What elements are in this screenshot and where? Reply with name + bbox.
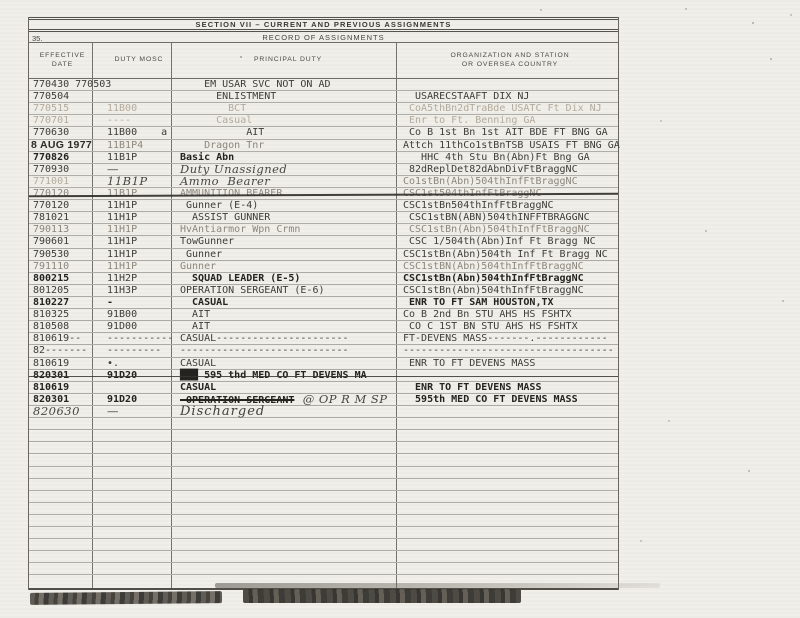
- table-row: 81050891D00 AIT CO C 1ST BN STU AHS HS F…: [29, 321, 618, 333]
- cell-organization: [397, 454, 617, 465]
- table-row: 810619•.CASUAL ENR TO FT DEVENS MASS: [29, 358, 618, 370]
- cell-duty-mosc: [93, 479, 172, 490]
- cell-principal-duty: [172, 563, 397, 574]
- cell-duty-mosc: 11H1P: [93, 261, 172, 272]
- cell-principal-duty: Gunner: [172, 261, 397, 272]
- cell-organization-text: ENR TO FT DEVENS MASS: [403, 358, 535, 369]
- cell-effective-date: 771001: [29, 176, 93, 187]
- cell-principal-duty: EM USAR SVC NOT ON AD: [172, 79, 397, 90]
- record-of-assignments-table: SECTION VII – CURRENT AND PREVIOUS ASSIG…: [28, 17, 619, 590]
- cell-organization: [397, 370, 617, 381]
- cell-duty-mosc-text: 11H1P: [107, 261, 137, 272]
- cell-duty-mosc: 11H3P: [93, 285, 172, 296]
- cell-effective-date-text: 810508: [33, 321, 69, 332]
- cell-organization: [397, 491, 617, 502]
- cell-duty-mosc: [93, 503, 172, 514]
- cell-effective-date: 820630: [29, 406, 93, 417]
- cell-organization-text: CSC1stBn504thInfFtBraggNC: [403, 200, 554, 211]
- table-row: [29, 442, 618, 454]
- cell-effective-date-text: 770701: [33, 115, 69, 126]
- cell-duty-mosc: 91D00: [93, 321, 172, 332]
- cell-principal-duty: ASSIST GUNNER: [172, 212, 397, 223]
- cell-principal-duty-text: Gunner: [180, 249, 222, 260]
- cell-organization: [397, 430, 617, 441]
- cell-duty-mosc: 11B00: [93, 103, 172, 114]
- cell-duty-mosc: ---------: [93, 345, 172, 356]
- cell-organization-text: Co B 2nd Bn STU AHS HS FSHTX: [403, 309, 572, 320]
- cell-effective-date-text: 770504: [33, 91, 69, 102]
- form-title-bar: 35. RECORD OF ASSIGNMENTS: [29, 29, 618, 42]
- cell-organization-text: HHC 4th Stu Bn(Abn)Ft Bng GA: [403, 152, 590, 163]
- table-row: 810619-------------CASUAL---------------…: [29, 333, 618, 345]
- cell-effective-date-text: 791110: [33, 261, 69, 272]
- cell-effective-date: 791110: [29, 261, 93, 272]
- cell-duty-mosc-text: ---------: [107, 345, 161, 356]
- cell-principal-duty-text: Discharged: [180, 404, 265, 419]
- cell-effective-date: [29, 527, 93, 538]
- cell-organization: [397, 406, 617, 417]
- cell-organization: CSC 1/504th(Abn)Inf Ft Bragg NC: [397, 236, 617, 247]
- cell-organization: CSC1stBN(ABN)504thINFFTBRAGGNC: [397, 212, 617, 223]
- cell-organization: [397, 467, 617, 478]
- cell-effective-date: 770701: [29, 115, 93, 126]
- cell-organization-text: -----------------------------------: [403, 345, 614, 356]
- cell-organization-text: CoA5thBn2dTraBde USATC Ft Dix NJ: [403, 103, 602, 114]
- cell-effective-date-text: 770515: [33, 103, 69, 114]
- cell-duty-mosc: 91B00: [93, 309, 172, 320]
- cell-organization: CSC1stBn504thInfFtBraggNC: [397, 200, 617, 211]
- cell-effective-date-text: 810227: [33, 297, 69, 308]
- cell-principal-duty-text: OPERATION SERGEANT (E-6): [180, 285, 325, 296]
- cell-principal-duty: [172, 479, 397, 490]
- cell-effective-date: 770430 770503: [29, 79, 93, 90]
- cell-principal-duty: TowGunner: [172, 236, 397, 247]
- table-row: [29, 491, 618, 503]
- cell-effective-date: [29, 454, 93, 465]
- cell-organization-text: ENR TO FT SAM HOUSTON,TX: [403, 297, 554, 308]
- cell-principal-duty: Casual: [172, 115, 397, 126]
- cell-duty-mosc: 11H1P: [93, 212, 172, 223]
- cell-organization: Co B 2nd Bn STU AHS HS FSHTX: [397, 309, 617, 320]
- cell-organization: CSC1st504thInfFtBraggNC: [397, 188, 617, 199]
- cell-organization: CSC1stBn(Abn)504thInfFtBraggNC: [397, 273, 617, 284]
- scan-speckles: [0, 0, 2, 2]
- table-row: 810227- CASUAL ENR TO FT SAM HOUSTON,TX: [29, 297, 618, 309]
- cell-duty-mosc: 11B1P: [93, 188, 172, 199]
- cell-principal-duty-text: ███ 595 thd MED CO FT DEVENS MA: [180, 370, 367, 381]
- cell-organization: Co1stBn(Abn)504thInfFtBraggNC: [397, 176, 617, 187]
- table-row: [29, 430, 618, 442]
- cell-organization: CO C 1ST BN STU AHS HS FSHTX: [397, 321, 617, 332]
- cell-principal-duty-text: EM USAR SVC NOT ON AD: [180, 79, 331, 90]
- cell-principal-duty-text: AIT: [180, 321, 210, 332]
- column-header-label: ORGANIZATION AND STATION: [403, 52, 617, 61]
- cell-effective-date-text: 770120: [33, 188, 69, 199]
- cell-principal-duty: [172, 418, 397, 429]
- cell-effective-date-text: 770826: [33, 152, 69, 163]
- cell-principal-duty-text: ENLISTMENT: [180, 91, 276, 102]
- cell-duty-mosc: [93, 430, 172, 441]
- cell-effective-date-text: 770630: [33, 127, 69, 138]
- cell-duty-mosc: [93, 91, 172, 102]
- cell-principal-duty-text: ----------------------------: [180, 345, 349, 356]
- cell-duty-mosc-text: 91B00: [107, 309, 137, 320]
- cell-organization: [397, 515, 617, 526]
- table-row: 820630—Discharged: [29, 406, 618, 418]
- cell-organization: FT-DEVENS MASS-------.------------: [397, 333, 617, 344]
- column-header-label: DATE: [33, 61, 92, 70]
- cell-duty-mosc-text: —: [107, 404, 119, 418]
- cell-principal-duty-text: CASUAL: [180, 297, 228, 308]
- table-row: [29, 479, 618, 491]
- cell-principal-duty: AIT: [172, 321, 397, 332]
- cell-principal-duty: [172, 442, 397, 453]
- cell-principal-duty-text: CASUAL: [180, 382, 216, 393]
- cell-duty-mosc-text: -: [107, 297, 113, 308]
- cell-duty-mosc: [93, 454, 172, 465]
- cell-principal-duty: ----------------------------: [172, 345, 397, 356]
- table-row: 82030191D20███ 595 thd MED CO FT DEVENS …: [29, 370, 618, 382]
- cell-effective-date: 810619: [29, 382, 93, 393]
- cell-duty-mosc-text: -----------: [107, 333, 173, 344]
- scan-smudge: [215, 583, 660, 588]
- cell-effective-date: 770515: [29, 103, 93, 114]
- cell-organization: [397, 79, 617, 90]
- table-row: 79111011H1PGunnerCSC1stBN(Abn)504thInfFt…: [29, 261, 618, 273]
- cell-effective-date-text: 820630: [33, 404, 80, 418]
- cell-organization: ENR TO FT DEVENS MASS: [397, 358, 617, 369]
- cell-organization-text: CSC1stBn(Abn)504thInfFtBraggNC: [403, 285, 584, 296]
- cell-organization-text: USARECSTAAFT DIX NJ: [403, 91, 529, 102]
- cell-principal-duty: AIT: [172, 127, 397, 138]
- table-row: [29, 527, 618, 539]
- cell-principal-duty: HvAntiarmor Wpn Crmn: [172, 224, 397, 235]
- cell-principal-duty-text: HvAntiarmor Wpn Crmn: [180, 224, 300, 235]
- cell-duty-mosc: ----: [93, 115, 172, 126]
- cell-principal-duty-text: AIT: [180, 309, 210, 320]
- table-header-row: EFFECTIVE DATE DUTY MOSC PRINCIPAL DUTY …: [29, 42, 618, 79]
- table-row: 770430 770503 EM USAR SVC NOT ON AD: [29, 79, 618, 91]
- table-row: [29, 503, 618, 515]
- cell-effective-date: 810508: [29, 321, 93, 332]
- cell-effective-date: 790530: [29, 249, 93, 260]
- column-header-label: DUTY MOSC: [107, 56, 171, 65]
- cell-effective-date-text: 810619--: [33, 333, 81, 344]
- cell-organization: [397, 503, 617, 514]
- cell-duty-mosc: [93, 527, 172, 538]
- form-title: RECORD OF ASSIGNMENTS: [262, 33, 384, 42]
- cell-effective-date-text: 800215: [33, 273, 69, 284]
- cell-organization: 595th MED CO FT DEVENS MASS: [397, 394, 617, 405]
- cell-duty-mosc: 91D20: [93, 394, 172, 405]
- column-header-label: PRINCIPAL DUTY: [180, 56, 396, 65]
- cell-organization: Enr to Ft. Benning GA: [397, 115, 617, 126]
- table-row: 770701---- Casual Enr to Ft. Benning GA: [29, 115, 618, 127]
- cell-duty-mosc: [93, 467, 172, 478]
- cell-organization: CSC1stBn(Abn)504thInfFtBraggNC: [397, 285, 617, 296]
- table-row: 80120511H3POPERATION SERGEANT (E-6)CSC1s…: [29, 285, 618, 297]
- table-row: 8 AUG 197711B1P4 Dragon TnrAttch 11thCo1…: [29, 140, 618, 152]
- cell-organization: Attch 11thCo1stBnTSB USAIS FT BNG GA: [397, 140, 617, 151]
- cell-organization: USARECSTAAFT DIX NJ: [397, 91, 617, 102]
- cell-effective-date-text: 790601: [33, 236, 69, 247]
- cell-effective-date: 810619: [29, 358, 93, 369]
- cell-effective-date: 770120: [29, 200, 93, 211]
- cell-effective-date-text: 8 AUG 1977: [31, 139, 92, 151]
- cell-effective-date: 770930: [29, 164, 93, 175]
- cell-organization: [397, 442, 617, 453]
- redaction-bar: [30, 591, 222, 605]
- table-row: [29, 454, 618, 466]
- column-header-principal-duty: PRINCIPAL DUTY: [172, 43, 397, 78]
- cell-principal-duty-text: SQUAD LEADER (E-5): [180, 273, 300, 284]
- cell-organization-text: CO C 1ST BN STU AHS HS FSHTX: [403, 321, 578, 332]
- cell-duty-mosc: [93, 491, 172, 502]
- cell-duty-mosc: 11H1P: [93, 200, 172, 211]
- cell-duty-mosc: [93, 575, 172, 587]
- cell-organization-text: FT-DEVENS MASS-------.------------: [403, 333, 608, 344]
- cell-effective-date: [29, 503, 93, 514]
- cell-principal-duty-text: BCT: [180, 103, 246, 114]
- cell-duty-mosc: [93, 551, 172, 562]
- table-row: 79060111H1PTowGunner CSC 1/504th(Abn)Inf…: [29, 236, 618, 248]
- cell-duty-mosc-text: •.: [107, 358, 119, 369]
- cell-duty-mosc: [93, 539, 172, 550]
- cell-organization: [397, 479, 617, 490]
- cell-principal-duty: Gunner: [172, 249, 397, 260]
- cell-organization: Co B 1st Bn 1st AIT BDE FT BNG GA: [397, 127, 617, 138]
- table-row: [29, 551, 618, 563]
- cell-organization-text: CSC 1/504th(Abn)Inf Ft Bragg NC: [403, 236, 596, 247]
- cell-effective-date: 790601: [29, 236, 93, 247]
- table-row: [29, 467, 618, 479]
- cell-organization-text: Attch 11thCo1stBnTSB USAIS FT BNG GA: [403, 140, 620, 151]
- cell-effective-date-text: 781021: [33, 212, 69, 223]
- cell-duty-mosc: [93, 79, 172, 90]
- cell-duty-mosc: -: [93, 297, 172, 308]
- cell-principal-duty-text: TowGunner: [180, 236, 234, 247]
- cell-effective-date-text: 810619: [33, 382, 69, 393]
- cell-effective-date: 82-------: [29, 345, 93, 356]
- table-row: 77012011B1PAMMUNITION BEARERCSC1st504thI…: [29, 188, 618, 200]
- cell-effective-date: [29, 515, 93, 526]
- cell-duty-mosc-text: 91D00: [107, 321, 137, 332]
- cell-duty-mosc-text: 11H1P: [107, 200, 137, 211]
- cell-principal-duty-text: AIT: [180, 127, 264, 138]
- cell-principal-duty: Ammo Bearer: [172, 176, 397, 187]
- cell-organization-text: ENR TO FT DEVENS MASS: [403, 382, 541, 393]
- cell-organization: [397, 418, 617, 429]
- cell-effective-date-text: 770930: [33, 164, 69, 175]
- cell-effective-date: [29, 442, 93, 453]
- cell-duty-mosc: 11B1P: [93, 152, 172, 163]
- cell-effective-date: 810325: [29, 309, 93, 320]
- cell-organization-text: 82dReplDet82dAbnDivFtBraggNC: [403, 164, 578, 175]
- cell-duty-mosc-text: 11B00: [107, 103, 137, 114]
- cell-principal-duty: [172, 539, 397, 550]
- cell-duty-mosc: 11B1P4: [93, 140, 172, 151]
- cell-principal-duty: CASUAL: [172, 358, 397, 369]
- cell-organization-text: Co1stBn(Abn)504thInfFtBraggNC: [403, 176, 578, 187]
- cell-organization: CSC1stBn(Abn)504thInfFtBraggNC: [397, 224, 617, 235]
- cell-effective-date: 770504: [29, 91, 93, 102]
- cell-principal-duty-annotation: @ OP R M SP: [294, 392, 387, 406]
- cell-effective-date: 800215: [29, 273, 93, 284]
- column-header-organization: ORGANIZATION AND STATION OR OVERSEA COUN…: [397, 43, 617, 78]
- cell-duty-mosc: •.: [93, 358, 172, 369]
- table-row: [29, 539, 618, 551]
- cell-principal-duty: [172, 454, 397, 465]
- cell-effective-date: [29, 491, 93, 502]
- cell-principal-duty-text: CASUAL: [180, 358, 216, 369]
- cell-duty-mosc: [93, 418, 172, 429]
- cell-duty-mosc: [93, 382, 172, 393]
- cell-duty-mosc: [93, 442, 172, 453]
- cell-effective-date: [29, 551, 93, 562]
- cell-duty-mosc-text: 11H1P: [107, 212, 137, 223]
- cell-organization: [397, 563, 617, 574]
- cell-duty-mosc: 11H1P: [93, 224, 172, 235]
- cell-effective-date: 810619--: [29, 333, 93, 344]
- cell-effective-date: [29, 418, 93, 429]
- cell-effective-date: 8 AUG 1977: [29, 140, 93, 151]
- cell-effective-date: 781021: [29, 212, 93, 223]
- cell-effective-date: 810227: [29, 297, 93, 308]
- cell-duty-mosc: [93, 563, 172, 574]
- cell-principal-duty: AIT: [172, 309, 397, 320]
- scanned-document-page: SECTION VII – CURRENT AND PREVIOUS ASSIG…: [0, 0, 800, 618]
- cell-principal-duty-text: Gunner (E-4): [180, 200, 258, 211]
- cell-organization-text: 595th MED CO FT DEVENS MASS: [403, 394, 578, 405]
- table-row: 77063011B00 a AIT Co B 1st Bn 1st AIT BD…: [29, 127, 618, 139]
- cell-duty-mosc-text: 11H3P: [107, 285, 137, 296]
- cell-effective-date: [29, 575, 93, 587]
- cell-effective-date: 790113: [29, 224, 93, 235]
- cell-effective-date: 820301: [29, 370, 93, 381]
- cell-principal-duty: Gunner (E-4): [172, 200, 397, 211]
- cell-duty-mosc-text: 11B1P4: [107, 140, 143, 151]
- cell-effective-date-text: 810619: [33, 358, 69, 369]
- cell-duty-mosc: 11H2P: [93, 273, 172, 284]
- cell-organization: [397, 551, 617, 562]
- cell-effective-date-text: 790530: [33, 249, 69, 260]
- cell-organization-text: Co B 1st Bn 1st AIT BDE FT BNG GA: [403, 127, 608, 138]
- table-row: 80021511H2P SQUAD LEADER (E-5)CSC1stBn(A…: [29, 273, 618, 285]
- column-header-effective-date: EFFECTIVE DATE: [29, 43, 93, 78]
- cell-duty-mosc-text: 11B00 a: [107, 127, 167, 138]
- cell-duty-mosc: 11B00 a: [93, 127, 172, 138]
- cell-organization: [397, 539, 617, 550]
- cell-duty-mosc: 11H1P: [93, 236, 172, 247]
- cell-effective-date-text: 801205: [33, 285, 69, 296]
- cell-principal-duty-text: CASUAL----------------------: [180, 333, 349, 344]
- table-row: [29, 418, 618, 430]
- table-row: 79011311H1PHvAntiarmor Wpn Crmn CSC1stBn…: [29, 224, 618, 236]
- cell-duty-mosc-text: 11H1P: [107, 236, 137, 247]
- table-row: [29, 515, 618, 527]
- cell-principal-duty: [172, 430, 397, 441]
- cell-principal-duty: [172, 551, 397, 562]
- cell-duty-mosc-text: 11B1P: [107, 188, 137, 199]
- cell-organization: [397, 527, 617, 538]
- cell-principal-duty: CASUAL----------------------: [172, 333, 397, 344]
- table-row: 82--------------------------------------…: [29, 345, 618, 357]
- cell-principal-duty: [172, 467, 397, 478]
- cell-effective-date: [29, 467, 93, 478]
- cell-principal-duty-text: AMMUNITION BEARER: [180, 188, 282, 199]
- cell-principal-duty: OPERATION SERGEANT (E-6): [172, 285, 397, 296]
- cell-principal-duty: ENLISTMENT: [172, 91, 397, 102]
- cell-effective-date: [29, 539, 93, 550]
- table-row: 78102111H1P ASSIST GUNNER CSC1stBN(ABN)5…: [29, 212, 618, 224]
- cell-organization-text: CSC1stBn(Abn)504thInfFtBraggNC: [403, 224, 590, 235]
- cell-organization-text: CSC1stBn(Abn)504th Inf Ft Bragg NC: [403, 249, 608, 260]
- cell-principal-duty: [172, 503, 397, 514]
- table-row: 79053011H1P GunnerCSC1stBn(Abn)504th Inf…: [29, 249, 618, 261]
- cell-organization: ENR TO FT SAM HOUSTON,TX: [397, 297, 617, 308]
- cell-principal-duty-text: ASSIST GUNNER: [180, 212, 270, 223]
- cell-organization: -----------------------------------: [397, 345, 617, 356]
- cell-principal-duty: BCT: [172, 103, 397, 114]
- cell-effective-date: [29, 430, 93, 441]
- cell-effective-date: [29, 563, 93, 574]
- cell-duty-mosc-text: 91D20: [107, 370, 137, 381]
- table-row: 77051511B00 BCT CoA5thBn2dTraBde USATC F…: [29, 103, 618, 115]
- cell-effective-date: 770826: [29, 152, 93, 163]
- cell-organization-text: CSC1stBn(Abn)504thInfFtBraggNC: [403, 273, 584, 284]
- cell-principal-duty: Dragon Tnr: [172, 140, 397, 151]
- cell-organization: 82dReplDet82dAbnDivFtBraggNC: [397, 164, 617, 175]
- cell-duty-mosc: -----------: [93, 333, 172, 344]
- section-title: SECTION VII – CURRENT AND PREVIOUS ASSIG…: [196, 20, 452, 29]
- cell-effective-date: 801205: [29, 285, 93, 296]
- table-row: 77012011H1P Gunner (E-4)CSC1stBn504thInf…: [29, 200, 618, 212]
- column-header-duty-mosc: DUTY MOSC: [93, 43, 172, 78]
- cell-principal-duty-text: Gunner: [180, 261, 216, 272]
- cell-organization: CSC1stBn(Abn)504th Inf Ft Bragg NC: [397, 249, 617, 260]
- cell-principal-duty: [172, 491, 397, 502]
- cell-principal-duty: AMMUNITION BEARER: [172, 188, 397, 199]
- cell-duty-mosc: 91D20: [93, 370, 172, 381]
- cell-organization-text: Enr to Ft. Benning GA: [403, 115, 535, 126]
- cell-duty-mosc: 11H1P: [93, 249, 172, 260]
- cell-principal-duty: [172, 515, 397, 526]
- cell-principal-duty: Discharged: [172, 406, 397, 417]
- cell-duty-mosc-text: ----: [107, 115, 131, 126]
- cell-organization-text: CSC1stBN(Abn)504thInfFtBraggNC: [403, 261, 584, 272]
- column-header-label: OR OVERSEA COUNTRY: [403, 61, 617, 70]
- cell-effective-date: [29, 479, 93, 490]
- cell-duty-mosc-text: 11B1P: [107, 174, 148, 188]
- item-number: 35.: [32, 33, 42, 44]
- cell-effective-date-text: 82-------: [33, 345, 87, 356]
- cell-organization: CSC1stBN(Abn)504thInfFtBraggNC: [397, 261, 617, 272]
- table-row: 81032591B00 AITCo B 2nd Bn STU AHS HS FS…: [29, 309, 618, 321]
- cell-effective-date-text: 771001: [33, 176, 69, 187]
- table-row: 770504 ENLISTMENT USARECSTAAFT DIX NJ: [29, 91, 618, 103]
- table-body: 770430 770503 EM USAR SVC NOT ON AD77050…: [29, 79, 618, 590]
- cell-duty-mosc-text: 11H2P: [107, 273, 137, 284]
- cell-duty-mosc: [93, 515, 172, 526]
- cell-principal-duty: SQUAD LEADER (E-5): [172, 273, 397, 284]
- cell-organization: ENR TO FT DEVENS MASS: [397, 382, 617, 393]
- cell-principal-duty-text: Casual: [180, 115, 252, 126]
- table-row: [29, 563, 618, 575]
- cell-organization: CoA5thBn2dTraBde USATC Ft Dix NJ: [397, 103, 617, 114]
- cell-principal-duty: CASUAL: [172, 297, 397, 308]
- cell-effective-date-text: 820301: [33, 370, 69, 381]
- cell-duty-mosc-text: 11H1P: [107, 224, 137, 235]
